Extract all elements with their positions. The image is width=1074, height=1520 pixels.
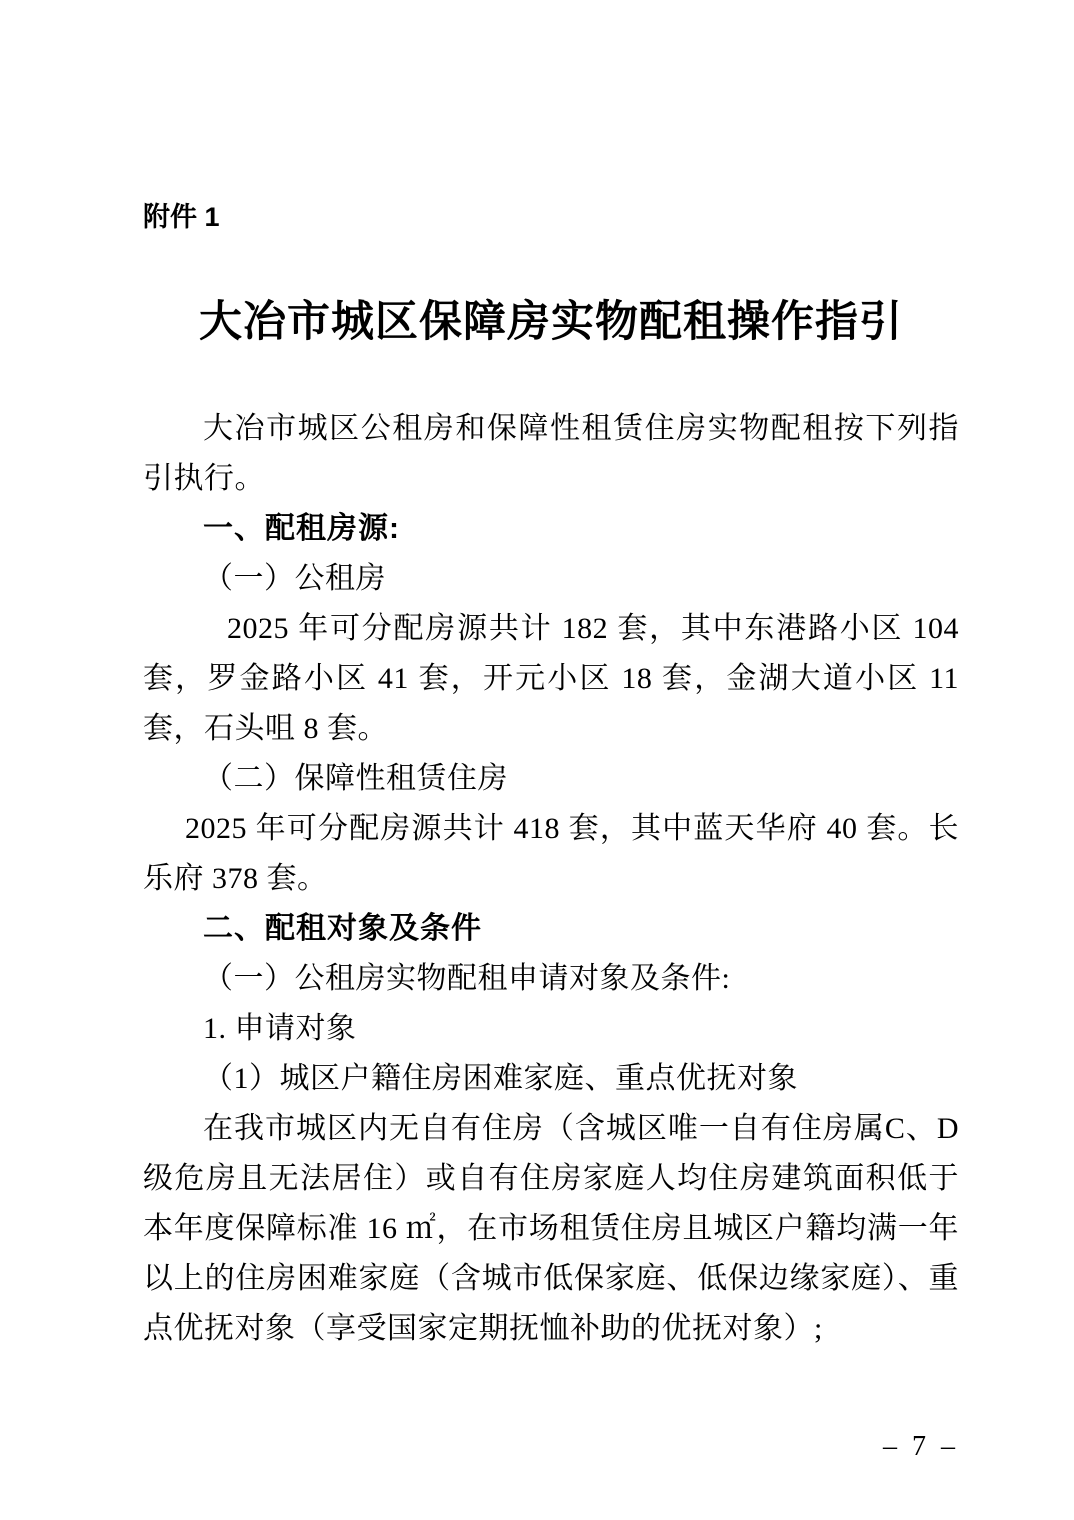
paragraph-eligibility-conditions: 在我市城区内无自有住房（含城区唯一自有住房属C、D级危房且无法居住）或自有住房家… bbox=[143, 1104, 959, 1354]
heading-section-2-sub-1: （一）公租房实物配租申请对象及条件: bbox=[143, 954, 959, 1004]
attachment-label: 附件 1 bbox=[143, 200, 959, 234]
heading-item-1-sub-1: （1）城区户籍住房困难家庭、重点优抚对象 bbox=[143, 1054, 959, 1104]
paragraph-public-rental-supply: 2025 年可分配房源共计 182 套，其中东港路小区 104 套，罗金路小区 … bbox=[143, 604, 959, 754]
document-page: 附件 1 大冶市城区保障房实物配租操作指引 大冶市城区公租房和保障性租赁住房实物… bbox=[0, 0, 1074, 1520]
heading-section-1-sub-2: （二）保障性租赁住房 bbox=[143, 754, 959, 804]
paragraph-intro: 大冶市城区公租房和保障性租赁住房实物配租按下列指引执行。 bbox=[143, 404, 959, 504]
heading-section-1: 一、配租房源: bbox=[143, 504, 959, 554]
heading-item-1: 1. 申请对象 bbox=[143, 1004, 959, 1054]
document-body: 大冶市城区公租房和保障性租赁住房实物配租按下列指引执行。 一、配租房源: （一）… bbox=[143, 404, 959, 1354]
document-title: 大冶市城区保障房实物配租操作指引 bbox=[143, 294, 959, 352]
page-number: – 7 – bbox=[883, 1430, 959, 1464]
paragraph-affordable-rental-supply: 2025 年可分配房源共计 418 套，其中蓝天华府 40 套。长乐府 378 … bbox=[143, 804, 959, 904]
document-content: 附件 1 大冶市城区保障房实物配租操作指引 大冶市城区公租房和保障性租赁住房实物… bbox=[143, 200, 959, 1354]
heading-section-2: 二、配租对象及条件 bbox=[143, 904, 959, 954]
heading-section-1-sub-1: （一）公租房 bbox=[143, 554, 959, 604]
